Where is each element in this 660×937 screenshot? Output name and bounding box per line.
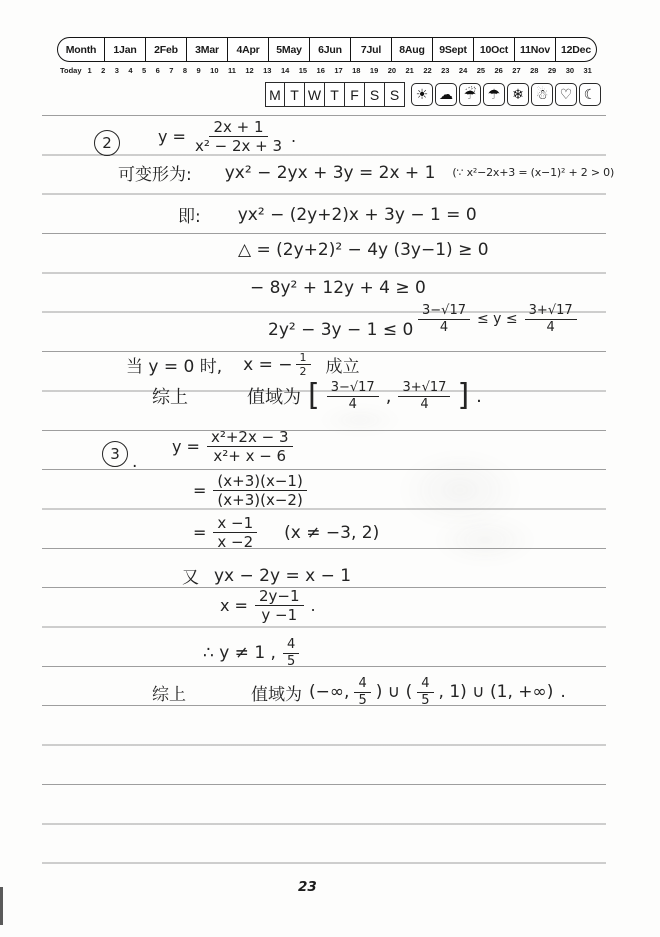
day-number: 8 — [183, 66, 187, 75]
p2-conclusion-line: 综上 值域为 [ 3−√17 4 , 3+√17 4 ] . — [152, 380, 482, 412]
p2-check-zero-line: 当 y = 0 时, x = − 1 2 成立 — [126, 351, 360, 378]
fraction: 3+√17 4 — [525, 303, 577, 335]
fraction-numerator: 4 — [417, 676, 433, 693]
day-number: 6 — [156, 66, 160, 75]
p2-bracket-open: [ — [308, 381, 320, 411]
p3-l4-equation: yx − 2y = x − 1 — [214, 566, 351, 586]
month-tabs-bar: Month 1Jan 2Feb 3Mar 4Apr 5May 6Jun 7Jul… — [57, 37, 597, 62]
p3-l3-lead: = — [193, 523, 206, 542]
p2-l8-tail: . — [476, 386, 482, 407]
p2-l2-note: (∵ x²−2x+3 = (x−1)² + 2 > 0) — [452, 166, 614, 179]
p3-l7-tail: . — [560, 682, 565, 702]
month-tab-may: 5May — [268, 38, 309, 61]
month-tab-oct: 10Oct — [473, 38, 514, 61]
fraction-numerator: 3−√17 — [327, 380, 379, 397]
day-number: 17 — [334, 66, 342, 75]
fraction-denominator: 4 — [347, 397, 359, 413]
day-number: 28 — [530, 66, 538, 75]
fraction-numerator: 4 — [283, 637, 299, 654]
p2-discriminant-line: △ = (2y+2)² − 4y (3y−1) ≥ 0 — [238, 240, 489, 260]
fraction: 1 2 — [296, 351, 311, 378]
day-number: 12 — [245, 66, 253, 75]
page-number: 23 — [298, 879, 317, 895]
p3-l7-pre: (−∞, — [309, 682, 349, 702]
p3-l7-mid1: ) ∪ ( — [376, 682, 413, 702]
problem-3-badge: 3 — [102, 441, 128, 467]
p2-l1-tail: . — [291, 127, 296, 146]
p3-l5-lead: x = — [220, 596, 248, 615]
day-number: 18 — [352, 66, 360, 75]
day-number: 3 — [115, 66, 119, 75]
p2-l7-x: x = − — [243, 355, 292, 375]
p3-conclusion-label: 综上 — [152, 680, 186, 705]
fraction-denominator: (x+3)(x−2) — [215, 491, 304, 509]
p2-l2-equation: yx² − 2yx + 3y = 2x + 1 — [225, 163, 436, 183]
p2-l3-label: 即: — [178, 202, 201, 227]
fraction-numerator: x²+2x − 3 — [207, 428, 293, 447]
p2-expanded-line: − 8y² + 12y + 4 ≥ 0 — [250, 278, 426, 298]
fraction-denominator: 4 — [438, 320, 450, 336]
fraction: (x+3)(x−1) (x+3)(x−2) — [213, 472, 306, 509]
month-tab-nov: 11Nov — [514, 38, 555, 61]
p3-rearranged-line: 又 yx − 2y = x − 1 — [182, 563, 351, 588]
day-number: 22 — [423, 66, 431, 75]
p3-domain-note: (x ≠ −3, 2) — [284, 523, 379, 543]
day-number: 23 — [441, 66, 449, 75]
fraction: x²+2x − 3 x²+ x − 6 — [207, 428, 293, 465]
fraction: 4 5 — [417, 676, 433, 708]
p2-l1-lead: y = — [158, 127, 186, 146]
weekday-box-fri: F — [345, 82, 365, 107]
p3-conclusion-line: 综上 值域为 (−∞, 4 5 ) ∪ ( 4 5 , 1) ∪ (1, +∞)… — [152, 676, 566, 708]
scan-edge-mark — [0, 887, 3, 925]
snowman-icon: ☃ — [531, 83, 553, 106]
fraction-numerator: 2y−1 — [255, 587, 304, 606]
weekday-box-mon: M — [265, 82, 285, 107]
day-number: 26 — [495, 66, 503, 75]
p2-l7-pre: 当 y = 0 时, — [126, 352, 222, 377]
p3-l6-lead: ∴ y ≠ 1 , — [203, 643, 276, 663]
fraction-numerator: 3+√17 — [525, 303, 577, 320]
p3-l5-tail: . — [311, 596, 316, 615]
p2-l2-label: 可变形为: — [118, 160, 192, 185]
day-number: 24 — [459, 66, 467, 75]
p2-l6-equation: 2y² − 3y − 1 ≤ 0 — [268, 320, 413, 340]
fraction-denominator: x −2 — [215, 533, 255, 551]
fraction-numerator: 3−√17 — [418, 303, 470, 320]
fraction-numerator: 4 — [354, 676, 370, 693]
p2-range-label: 值域为 — [247, 383, 301, 409]
month-tab-feb: 2Feb — [145, 38, 186, 61]
p3-x-solved-line: x = 2y−1 y −1 . — [220, 587, 316, 624]
day-number: 29 — [548, 66, 556, 75]
p2-inequality-line: 2y² − 3y − 1 ≤ 0 — [268, 320, 413, 340]
month-tab-jun: 6Jun — [309, 38, 350, 61]
p3-excluded-values-line: ∴ y ≠ 1 , 4 5 — [203, 637, 299, 669]
p2-quadratic-line: 即: yx² − (2y+2)x + 3y − 1 = 0 — [178, 202, 477, 227]
today-label: Today — [60, 66, 82, 75]
day-number: 10 — [210, 66, 218, 75]
day-number: 19 — [370, 66, 378, 75]
p3-factored-line: = (x+3)(x−1) (x+3)(x−2) — [193, 472, 307, 509]
fraction: x −1 x −2 — [213, 514, 257, 551]
p2-l7-post: 成立 — [326, 352, 360, 377]
p2-l3-equation: yx² − (2y+2)x + 3y − 1 = 0 — [238, 205, 477, 225]
day-number: 11 — [228, 66, 236, 75]
fraction-denominator: x²+ x − 6 — [211, 447, 288, 465]
p3-simplified-line: = x −1 x −2 (x ≠ −3, 2) — [193, 514, 379, 551]
rain-cloud-icon: ☔ — [459, 83, 481, 106]
fraction-denominator: y −1 — [259, 606, 299, 624]
day-number: 14 — [281, 66, 289, 75]
month-tab-apr: 4Apr — [227, 38, 268, 61]
day-number: 25 — [477, 66, 485, 75]
p2-l5-equation: − 8y² + 12y + 4 ≥ 0 — [250, 278, 426, 298]
p2-y-range-line: 3−√17 4 ≤ y ≤ 3+√17 4 — [418, 303, 577, 335]
p2-l4-equation: △ = (2y+2)² − 4y (3y−1) ≥ 0 — [238, 240, 489, 260]
p3-badge-dot: . — [132, 452, 137, 472]
moon-icon: ☾ — [579, 83, 601, 106]
fraction-numerator: 2x + 1 — [209, 118, 267, 137]
p3-l1-lead: y = — [172, 437, 200, 456]
day-number: 15 — [299, 66, 307, 75]
fraction: 3−√17 4 — [327, 380, 379, 412]
fraction-numerator: (x+3)(x−1) — [213, 472, 306, 491]
weekday-box-thu: T — [325, 82, 345, 107]
month-tab-jan: 1Jan — [104, 38, 145, 61]
month-tab-jul: 7Jul — [350, 38, 391, 61]
month-tab-mar: 3Mar — [186, 38, 227, 61]
month-tab-aug: 8Aug — [391, 38, 432, 61]
weekday-icon-row: M T W T F S S ☀ ☁ ☔ ☂ ❄ ☃ ♡ ☾ — [265, 82, 601, 109]
day-number: 5 — [142, 66, 146, 75]
month-tab-sept: 9Sept — [432, 38, 473, 61]
day-number: 9 — [197, 66, 201, 75]
fraction-numerator: 3+√17 — [398, 380, 450, 397]
day-number: 30 — [566, 66, 574, 75]
notebook-page: Month 1Jan 2Feb 3Mar 4Apr 5May 6Jun 7Jul… — [0, 0, 660, 937]
problem-2-badge: 2 — [94, 130, 120, 156]
weather-mood-icons: ☀ ☁ ☔ ☂ ❄ ☃ ♡ ☾ — [411, 82, 601, 106]
today-day-row: Today 1234567891011121314151617181920212… — [60, 65, 592, 75]
weekday-box-sun: S — [385, 82, 405, 107]
cloud-icon: ☁ — [435, 83, 457, 106]
fraction: 4 5 — [354, 676, 370, 708]
pencil-smudge — [410, 500, 560, 580]
month-tab-header: Month — [58, 38, 104, 61]
day-number: 7 — [169, 66, 173, 75]
fraction-denominator: x² − 2x + 3 — [193, 137, 284, 155]
p2-l8-comma: , — [386, 386, 392, 407]
fraction-denominator: 2 — [298, 365, 309, 378]
day-numbers: 1234567891011121314151617181920212223242… — [88, 66, 592, 75]
day-number: 27 — [512, 66, 520, 75]
fraction-denominator: 4 — [418, 397, 430, 413]
fraction: 4 5 — [283, 637, 299, 669]
umbrella-icon: ☂ — [483, 83, 505, 106]
month-tab-dec: 12Dec — [555, 38, 596, 61]
p3-l7-mid2: , 1) ∪ (1, +∞) — [439, 682, 554, 702]
p3-l2-lead: = — [193, 481, 206, 500]
p2-transform-line: 可变形为: yx² − 2yx + 3y = 2x + 1 (∵ x²−2x+3… — [118, 160, 614, 185]
fraction: 2y−1 y −1 — [255, 587, 304, 624]
p2-conclusion-label: 综上 — [152, 383, 188, 409]
fraction: 3−√17 4 — [418, 303, 470, 335]
day-number: 4 — [128, 66, 132, 75]
p2-l6-mid: ≤ y ≤ — [477, 311, 518, 327]
p2-bracket-close: ] — [457, 381, 469, 411]
day-number: 2 — [101, 66, 105, 75]
day-number: 31 — [583, 66, 591, 75]
fraction-denominator: 4 — [545, 320, 557, 336]
day-number: 13 — [263, 66, 271, 75]
fraction-numerator: 1 — [296, 351, 311, 365]
fraction-denominator: 5 — [419, 693, 431, 709]
fraction: 2x + 1 x² − 2x + 3 — [193, 118, 284, 155]
p3-range-label: 值域为 — [251, 680, 302, 705]
p3-badge-tail: . — [132, 452, 137, 472]
fraction: 3+√17 4 — [398, 380, 450, 412]
day-number: 20 — [388, 66, 396, 75]
snowflake-icon: ❄ — [507, 83, 529, 106]
day-number: 1 — [88, 66, 92, 75]
day-number: 16 — [317, 66, 325, 75]
p3-equation-definition: y = x²+2x − 3 x²+ x − 6 — [172, 428, 293, 465]
fraction-denominator: 5 — [285, 654, 297, 670]
fraction-denominator: 5 — [356, 693, 368, 709]
p3-l4-label: 又 — [182, 563, 199, 588]
p2-equation-definition: y = 2x + 1 x² − 2x + 3 . — [158, 118, 296, 155]
day-number: 21 — [406, 66, 414, 75]
weekday-box-tue: T — [285, 82, 305, 107]
weekday-box-wed: W — [305, 82, 325, 107]
heart-icon: ♡ — [555, 83, 577, 106]
sun-icon: ☀ — [411, 83, 433, 106]
weekday-box-sat: S — [365, 82, 385, 107]
fraction-numerator: x −1 — [213, 514, 257, 533]
